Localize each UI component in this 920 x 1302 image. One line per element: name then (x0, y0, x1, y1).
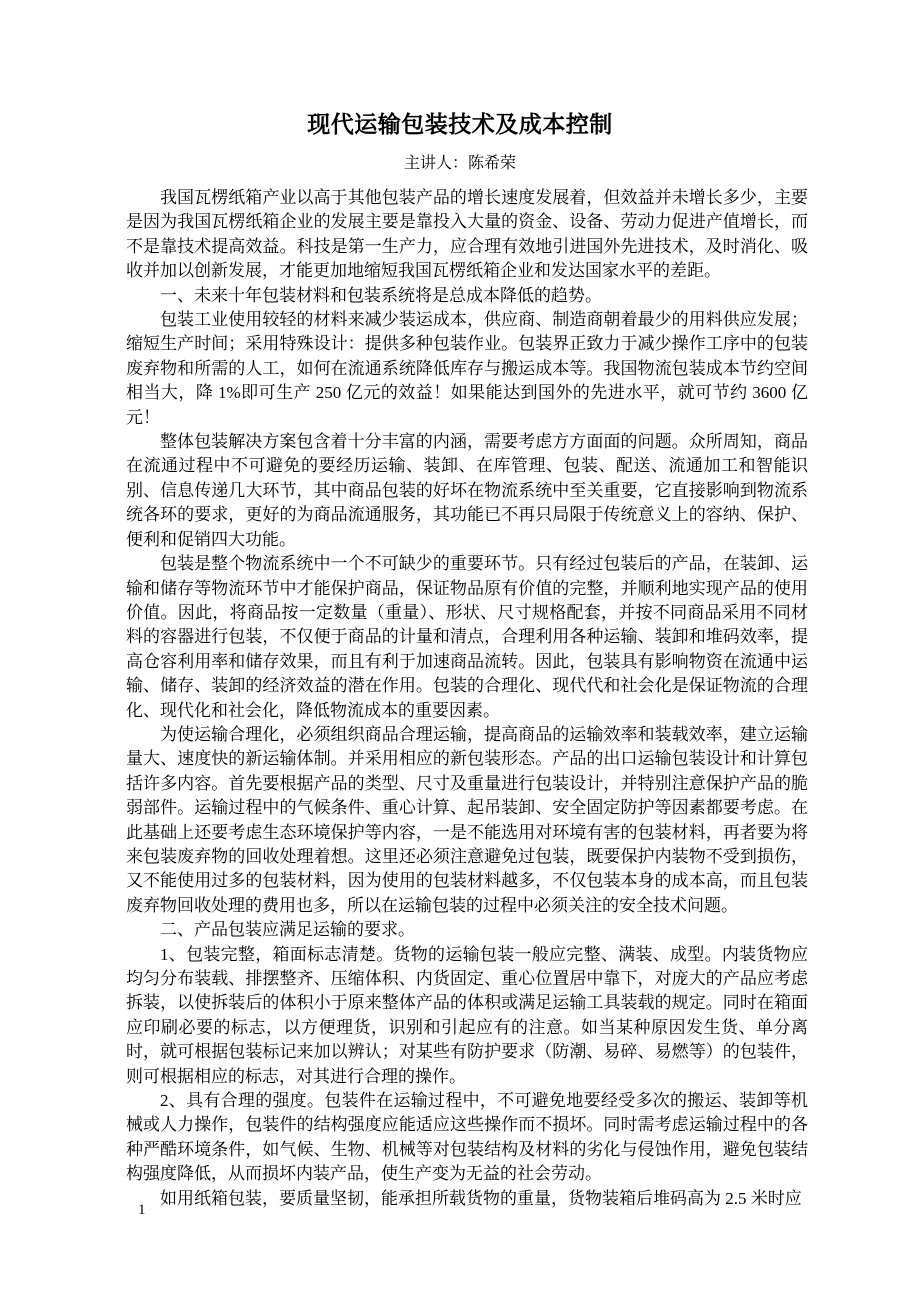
paragraph: 二、产品包装应满足运输的要求。 (126, 918, 808, 942)
paragraph: 为使运输合理化，必须组织商品合理运输，提高商品的运输效率和装载效率，建立运输量大… (126, 723, 808, 918)
paragraph: 如用纸箱包装，要质量坚韧，能承担所载货物的重量，货物装箱后堆码高为 2.5 米时… (126, 1187, 808, 1211)
document-page: 现代运输包装技术及成本控制 主讲人：陈希荣 我国瓦楞纸箱产业以高于其他包装产品的… (0, 0, 920, 1302)
paragraph: 2、具有合理的强度。包装件在运输过程中，不可避免地要经受多次的搬运、装卸等机械或… (126, 1089, 808, 1187)
paragraph: 包装是整个物流系统中一个不可缺少的重要环节。只有经过包装后的产品，在装卸、运输和… (126, 552, 808, 723)
paragraph: 一、未来十年包装材料和包装系统将是总成本降低的趋势。 (126, 284, 808, 308)
paragraph: 包装工业使用较轻的材料来减少装运成本，供应商、制造商朝着最少的用料供应发展；缩短… (126, 308, 808, 430)
paragraph: 1、包装完整，箱面标志清楚。货物的运输包装一般应完整、满装、成型。内装货物应均匀… (126, 943, 808, 1089)
paragraph: 整体包装解决方案包含着十分丰富的内涵，需要考虑方方面面的问题。众所周知，商品在流… (126, 430, 808, 552)
paragraph: 我国瓦楞纸箱产业以高于其他包装产品的增长速度发展着，但效益并未增长多少，主要是因… (126, 186, 808, 284)
document-title: 现代运输包装技术及成本控制 (0, 110, 920, 140)
document-body: 我国瓦楞纸箱产业以高于其他包装产品的增长速度发展着，但效益并未增长多少，主要是因… (126, 186, 808, 1211)
page-number: 1 (138, 1200, 146, 1220)
speaker-byline: 主讲人：陈希荣 (0, 153, 920, 175)
